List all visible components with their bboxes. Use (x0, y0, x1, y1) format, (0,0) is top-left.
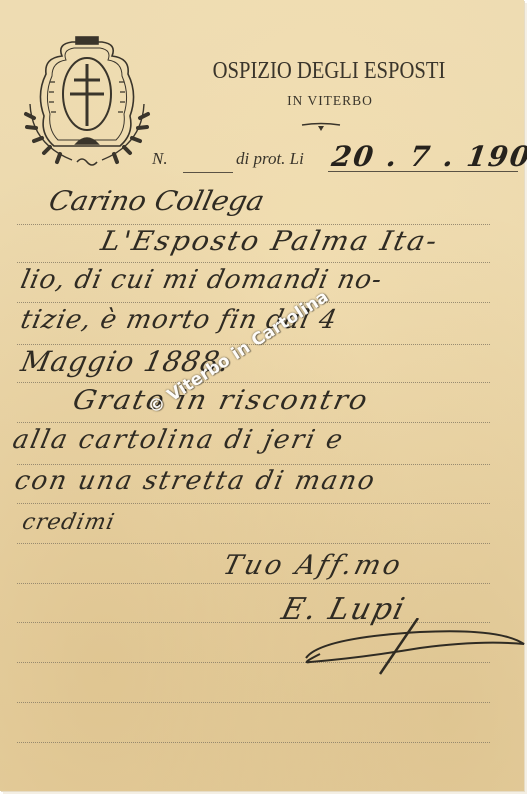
dotted-rule (17, 382, 490, 383)
printer-ornament-icon (300, 120, 342, 134)
handwritten-date: 20 . 7 . 1900 (330, 140, 527, 173)
closing: Tuo Aff.mo (220, 550, 406, 581)
institution-name: OSPIZIO DEGLI ESPOSTI (201, 58, 457, 85)
dotted-rule (17, 422, 490, 423)
letter-line: Grato in riscontro (70, 385, 372, 416)
dotted-rule (17, 742, 490, 743)
number-field (183, 172, 233, 173)
letter-line: L'Esposto Palma Ita- (98, 226, 442, 257)
dotted-rule (17, 503, 490, 504)
dotted-rule (17, 302, 490, 303)
letter-line: credimi (20, 510, 117, 535)
dotted-rule (17, 464, 490, 465)
coat-of-arms-icon (22, 34, 152, 176)
letter-line: con una stretta di mano (12, 466, 379, 496)
dotted-rule (17, 583, 490, 584)
dotted-rule (17, 543, 490, 544)
protocol-label: di prot. Li (236, 149, 304, 169)
postcard: OSPIZIO DEGLI ESPOSTI IN VITERBO N. di p… (0, 0, 524, 791)
dotted-rule (17, 702, 490, 703)
dotted-rule (17, 224, 490, 225)
protocol-row: N. di prot. Li 20 . 7 . 1900 (150, 140, 525, 180)
signature-flourish-icon (300, 618, 526, 678)
dotted-rule (17, 262, 490, 263)
number-label: N. (152, 149, 168, 169)
letter-line: lio, di cui mi domandi no- (18, 265, 385, 295)
salutation: Carino Collega (46, 186, 267, 217)
letter-line: alla cartolina di jeri e (10, 425, 347, 455)
institution-location: IN VITERBO (230, 93, 430, 109)
